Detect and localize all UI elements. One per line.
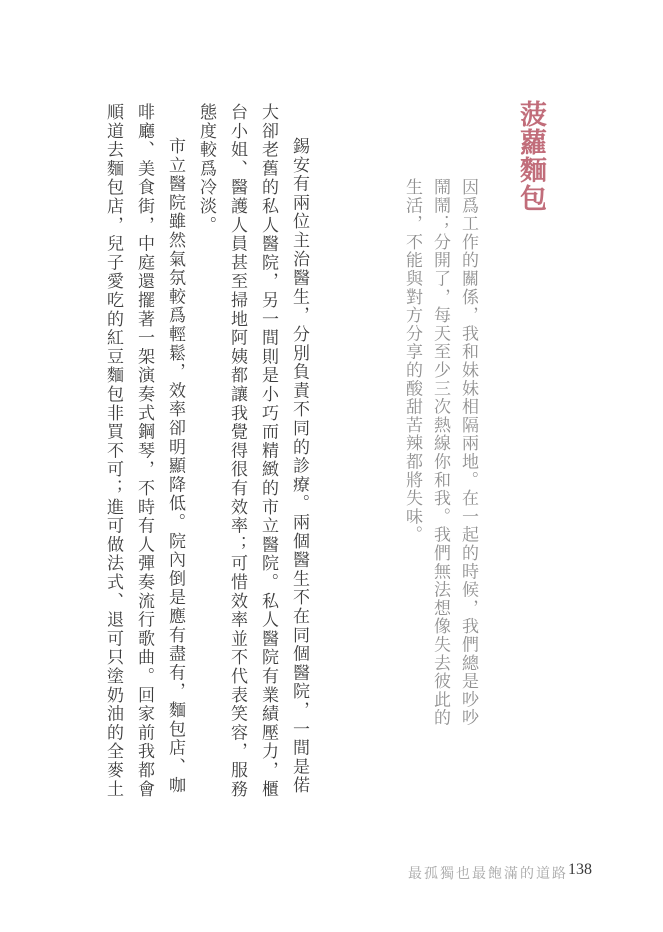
body-text: 錫安有兩位主治醫生，分別負責不同的診療。兩個醫生不在同個醫院，一間是偌大卻老舊的… <box>98 103 315 800</box>
chapter-epigraph: 因爲工作的關係，我和妹妹相隔兩地。在一起的時候，我們總是吵吵鬧鬧；分開了，每天至… <box>398 178 482 728</box>
chapter-title: 菠蘿麵包 <box>514 100 548 212</box>
footer-book-title: 最孤獨也最飽滿的道路 <box>408 863 568 883</box>
body-paragraph: 錫安有兩位主治醫生，分別負責不同的診療。兩個醫生不在同個醫院，一間是偌大卻老舊的… <box>191 103 315 800</box>
book-page: 菠蘿麵包 因爲工作的關係，我和妹妹相隔兩地。在一起的時候，我們總是吵吵鬧鬧；分開… <box>0 0 663 932</box>
body-paragraph: 市立醫院雖然氣氛較爲輕鬆，效率卻明顯降低。院內倒是應有盡有，麵包店、咖啡廳、美食… <box>98 103 191 800</box>
footer-page-number: 138 <box>568 861 592 879</box>
